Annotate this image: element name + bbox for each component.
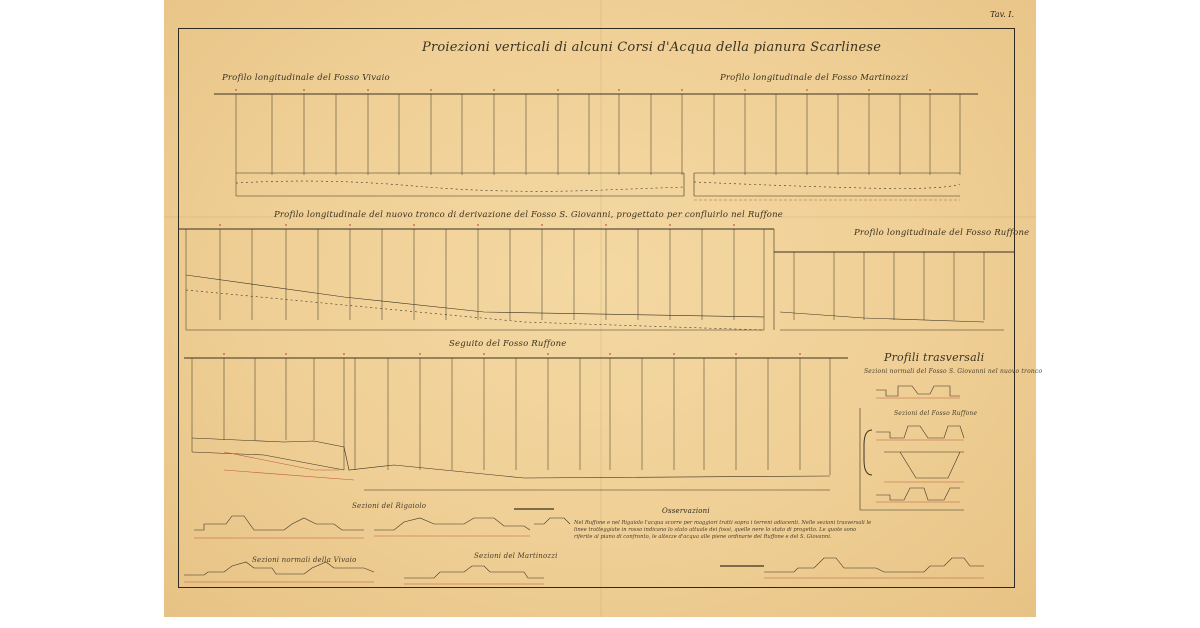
drawing-sheet: Tav. I. Proiezioni verticali di alcuni C…	[164, 0, 1036, 617]
profiles-drawing	[164, 0, 1036, 617]
